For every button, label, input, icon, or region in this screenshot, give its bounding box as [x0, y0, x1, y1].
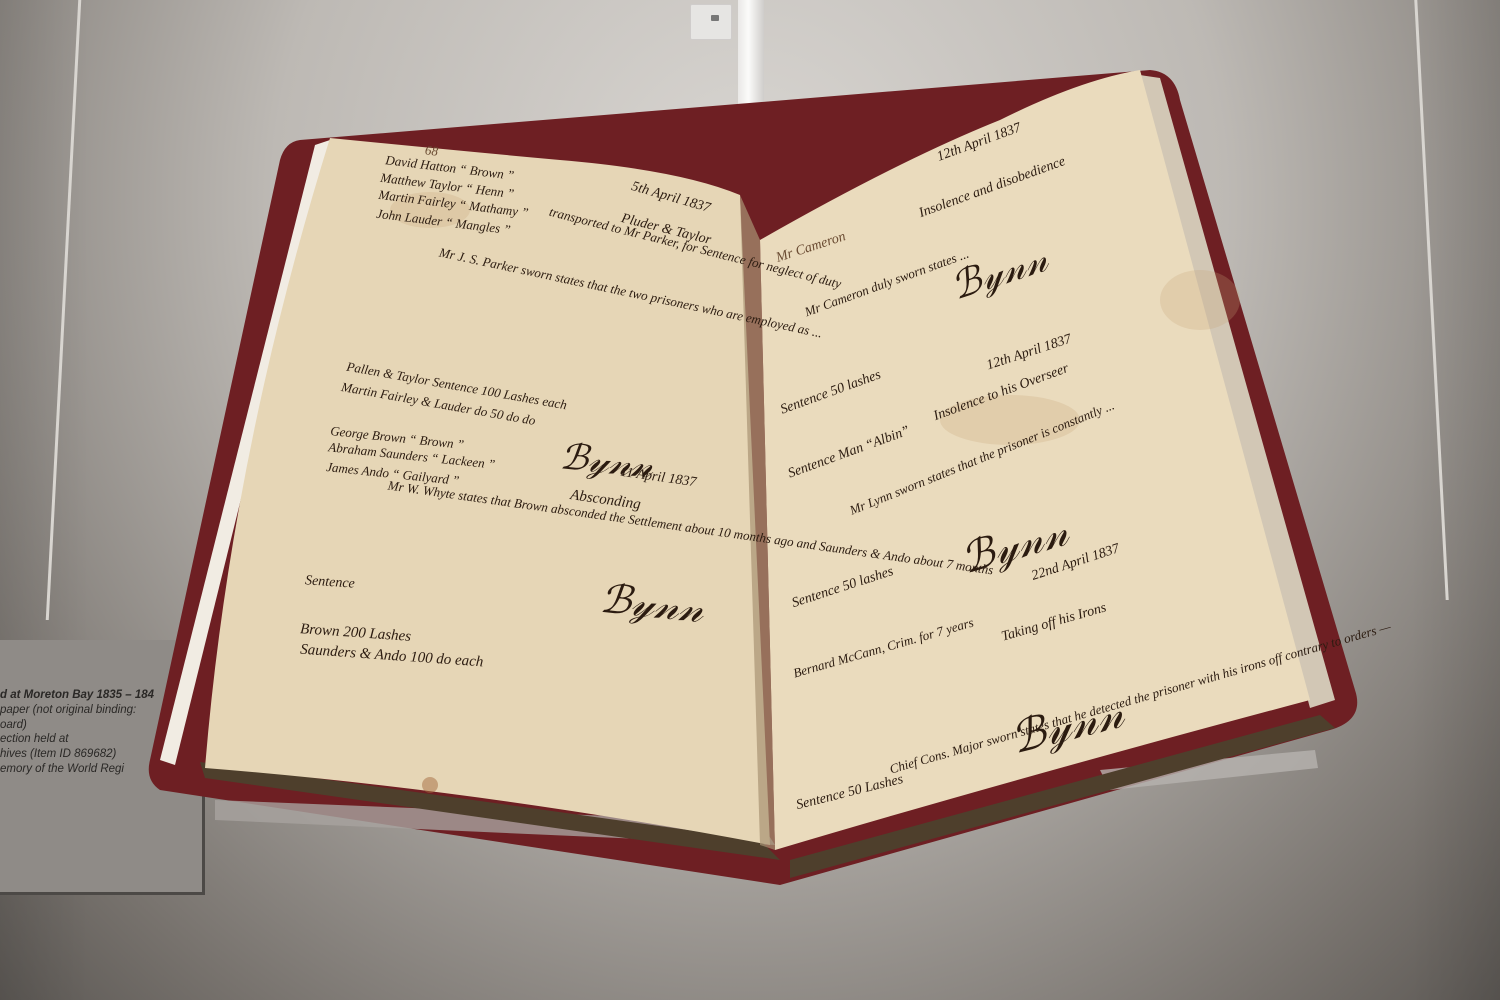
entry: Sentence [305, 573, 356, 592]
open-book: 68 David Hatton “ Brown ” Matthew Taylor… [0, 0, 1500, 1000]
book-cover-icon [0, 0, 1500, 1000]
